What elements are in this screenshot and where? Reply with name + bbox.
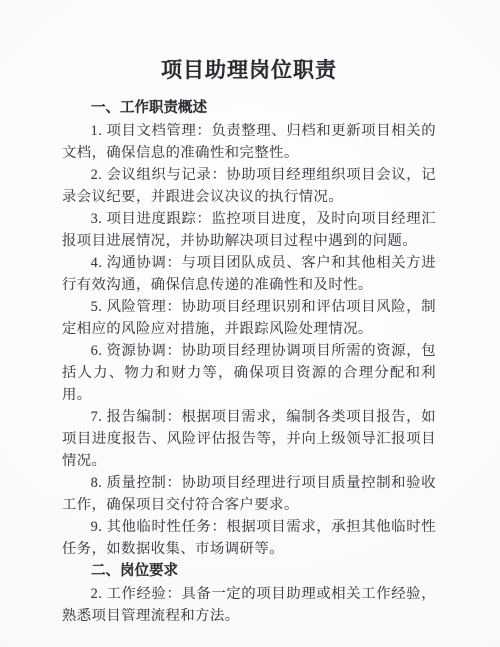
duty-item-6: 6. 资源协调：协助项目经理协调项目所需的资源，包括人力、物力和财力等，确保项目… <box>62 340 436 406</box>
duty-item-3: 3. 项目进度跟踪：监控项目进度，及时向项目经理汇报项目进展情况，并协助解决项目… <box>62 208 436 252</box>
document-title: 项目助理岗位职责 <box>62 56 436 84</box>
duty-item-4: 4. 沟通协调：与项目团队成员、客户和其他相关方进行有效沟通，确保信息传递的准确… <box>62 252 436 296</box>
section-heading-requirements: 二、岗位要求 <box>62 560 436 583</box>
document-page: 项目助理岗位职责 一、工作职责概述 1. 项目文档管理：负责整理、归档和更新项目… <box>0 0 500 647</box>
requirement-item-1: 2. 工作经验：具备一定的项目助理或相关工作经验，熟悉项目管理流程和方法。 <box>62 583 436 627</box>
section-heading-duties: 一、工作职责概述 <box>62 97 436 120</box>
duty-item-2: 2. 会议组织与记录：协助项目经理组织项目会议，记录会议纪要，并跟进会议决议的执… <box>62 164 436 208</box>
duty-item-7: 7. 报告编制：根据项目需求，编制各类项目报告，如项目进度报告、风险评估报告等，… <box>62 406 436 472</box>
duty-item-8: 8. 质量控制：协助项目经理进行项目质量控制和验收工作，确保项目交付符合客户要求… <box>62 472 436 516</box>
duty-item-9: 9. 其他临时性任务：根据项目需求，承担其他临时性任务，如数据收集、市场调研等。 <box>62 516 436 560</box>
duty-item-1: 1. 项目文档管理：负责整理、归档和更新项目相关的文档，确保信息的准确性和完整性… <box>62 120 436 164</box>
duty-item-5: 5. 风险管理：协助项目经理识别和评估项目风险，制定相应的风险应对措施，并跟踪风… <box>62 296 436 340</box>
